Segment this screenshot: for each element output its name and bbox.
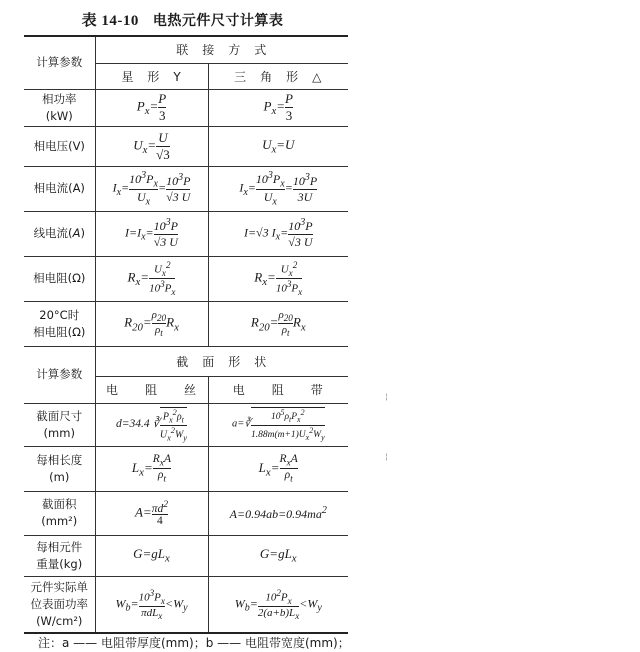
delta-formula: Ux=U [208,126,348,166]
wire-formula: Lx=RxAρt [95,446,208,491]
table-title: 表 14-10电热元件尺寸计算表 [0,9,365,30]
wire-header: 电 阻 丝 [95,376,208,403]
table-row: 线电流(A) I=Ix=103P√3 U I=√3 Ix=103P√3 U [24,211,348,256]
delta-formula: Ix=103PxUx=103P3U [208,166,348,211]
star-formula: Ux=U√3 [95,126,208,166]
wire-formula: A=πd24 [95,491,208,535]
delta-formula: Px=P3 [208,89,348,126]
wire-formula: d=34.4 ∛Px2ρtUx2Wy [95,403,208,446]
delta-formula: Rx=Ux2103Px [208,256,348,301]
table-row: 元件实际单位表面功率(W/cm²) Wb=103PxπdLx<Wy Wb=102… [24,576,348,633]
footnote: 注：a —— 电阻带厚度(mm)；b —— 电阻带宽度(mm)； [38,634,350,651]
table-row: 截面尺寸(mm) d=34.4 ∛Px2ρtUx2Wy a=∛105ρtPx21… [24,403,348,446]
table-row: 20°C时相电阻(Ω) R20=ρ20ρtRx R20=ρ20ρtRx [24,301,348,346]
table-row: 每相长度(m) Lx=RxAρt Lx=RxAρt [24,446,348,491]
strip-formula: Wb=102Px2(a+b)Lx<Wy [208,576,348,633]
scan-artifact: ¦ [385,392,388,401]
table-row: 相电流(A) Ix=103PxUx=103P√3 U Ix=103PxUx=10… [24,166,348,211]
star-header: 星 形 Y [95,63,208,89]
row-label: 每相元件重量(kg) [24,535,95,576]
param-header-2: 计算参数 [24,346,95,403]
delta-header: 三 角 形 △ [208,63,348,89]
param-header: 计算参数 [24,36,95,89]
row-label: 线电流(A) [24,211,95,256]
row-label: 相电压(V) [24,126,95,166]
strip-header: 电 阻 带 [208,376,348,403]
row-label: 20°C时相电阻(Ω) [24,301,95,346]
row-label: 相电阻(Ω) [24,256,95,301]
row-label: 每相长度(m) [24,446,95,491]
table-row: 相功率(kW) Px=P3 Px=P3 [24,89,348,126]
table-row: 每相元件重量(kg) G=gLx G=gLx [24,535,348,576]
row-label: 相功率(kW) [24,89,95,126]
row-label: 相电流(A) [24,166,95,211]
strip-formula: G=gLx [208,535,348,576]
table-title-text: 电热元件尺寸计算表 [153,13,284,29]
connection-mode-header: 联 接 方 式 [95,36,348,63]
star-formula: Ix=103PxUx=103P√3 U [95,166,208,211]
wire-formula: Wb=103PxπdLx<Wy [95,576,208,633]
star-formula: I=Ix=103P√3 U [95,211,208,256]
star-formula: R20=ρ20ρtRx [95,301,208,346]
table-row: 截面积(mm²) A=πd24 A=0.94ab=0.94ma2 [24,491,348,535]
delta-formula: R20=ρ20ρtRx [208,301,348,346]
delta-formula: I=√3 Ix=103P√3 U [208,211,348,256]
star-formula: Rx=Ux2103Px [95,256,208,301]
cross-section-header: 截 面 形 状 [95,346,348,376]
table-row: 相电压(V) Ux=U√3 Ux=U [24,126,348,166]
row-label: 元件实际单位表面功率(W/cm²) [24,576,95,633]
wire-formula: G=gLx [95,535,208,576]
table-row: 相电阻(Ω) Rx=Ux2103Px Rx=Ux2103Px [24,256,348,301]
scan-artifact: ¦ [385,452,388,461]
row-label: 截面积(mm²) [24,491,95,535]
row-label: 截面尺寸(mm) [24,403,95,446]
star-formula: Px=P3 [95,89,208,126]
table-number: 表 14-10 [82,13,139,29]
strip-formula: A=0.94ab=0.94ma2 [208,491,348,535]
strip-formula: a=∛105ρtPx21.88m(m+1)Ux2Wy [208,403,348,446]
strip-formula: Lx=RxAρt [208,446,348,491]
calc-table: 计算参数 联 接 方 式 星 形 Y 三 角 形 △ 相功率(kW) Px=P3… [24,35,348,634]
